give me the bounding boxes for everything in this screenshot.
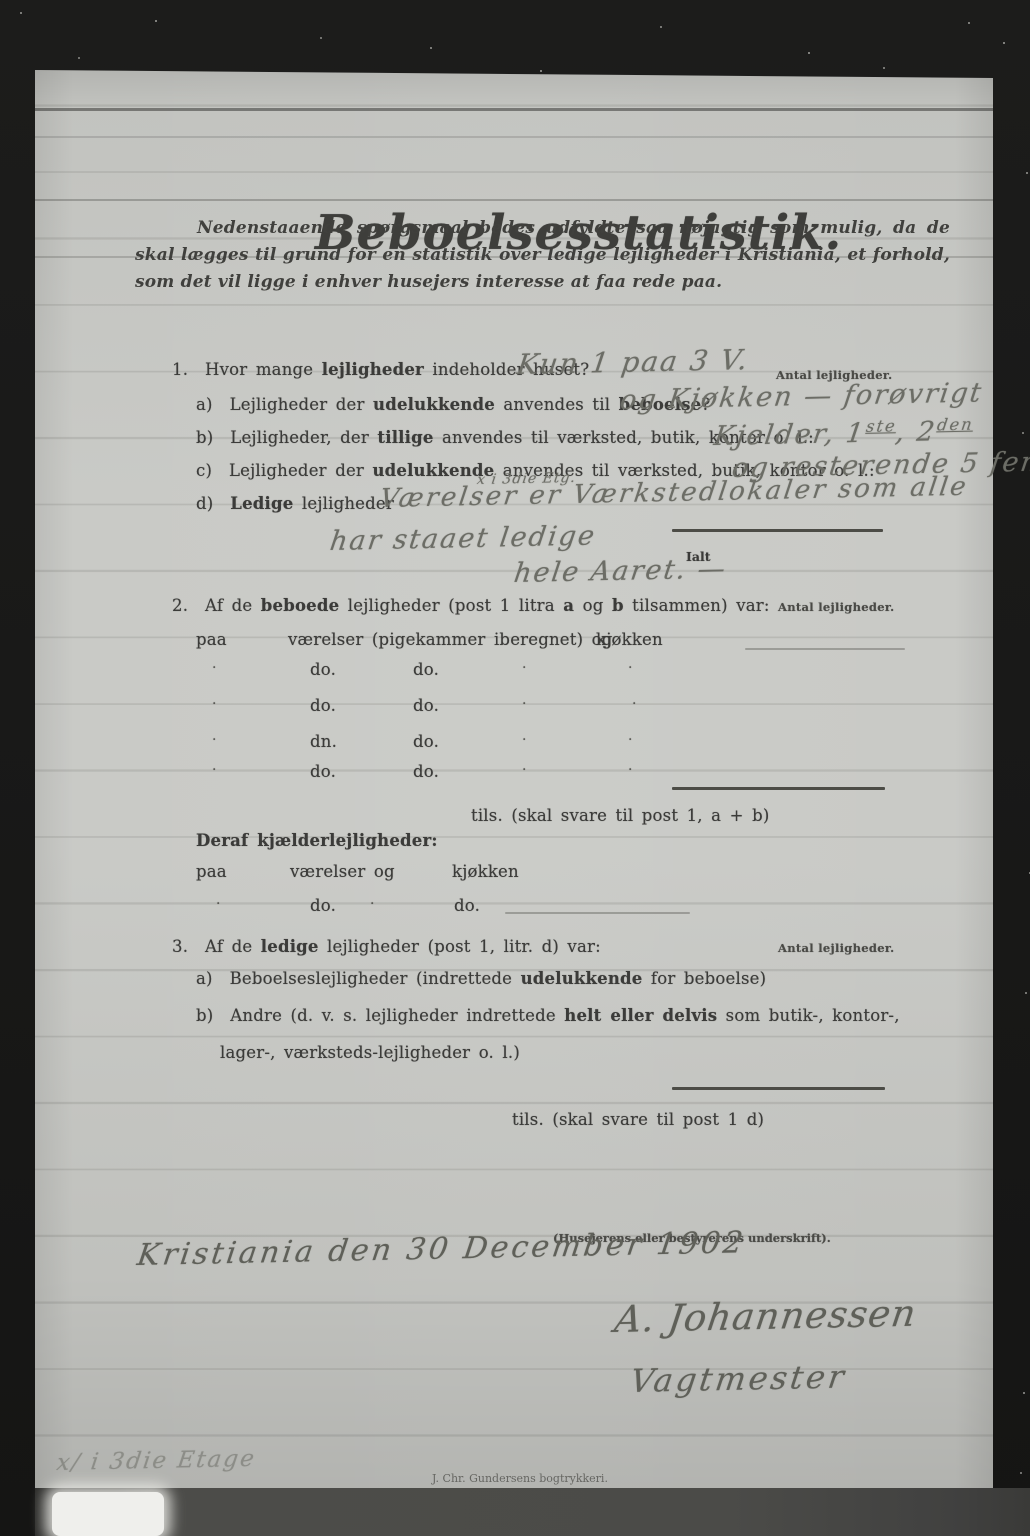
question-1-number: 1.: [172, 360, 188, 379]
question-3: 3. Af de ledige lejligheder (post 1, lit…: [172, 937, 601, 956]
printer-imprint: J. Chr. Gundersens bogtrykkeri.: [432, 1472, 608, 1485]
antal-label-q3: Antal lejligheder.: [778, 941, 895, 955]
question-3a-letter: a): [196, 969, 213, 988]
q2-header-vaerelser: værelser (pigekammer iberegnet) og: [288, 630, 613, 649]
question-1d-letter: d): [196, 494, 213, 513]
deraf-header-kjokken: kjøkken: [452, 862, 519, 881]
antal-label-q2: Antal lejligheder.: [778, 600, 895, 614]
q1-answer-handwriting: Kun 1 paa 3 V.: [515, 343, 751, 381]
q1b-answer-handwriting: Kjelder, 1ste, 2den: [712, 415, 975, 452]
q2-tils-label: tils. (skal svare til post 1, a + b): [471, 806, 770, 825]
q1d-answer3-handwriting: hele Aaret. —: [512, 554, 729, 589]
signature-role-handwriting: Vagtmester: [628, 1357, 849, 1400]
question-3b-line2: lager-, værksteds-lejligheder o. l.): [220, 1043, 520, 1062]
q3-tils-label: tils. (skal svare til post 1 d): [512, 1110, 764, 1129]
intro-line-1: Nedenstaaende spørgsmaal bedes udfyldte …: [135, 215, 950, 242]
signature-handwriting: A. Johannessen: [612, 1292, 919, 1341]
question-1a-letter: a): [196, 395, 213, 414]
question-3b-letter: b): [196, 1006, 213, 1025]
question-1b-letter: b): [196, 428, 213, 447]
intro-line-3: som det vil ligge i enhver husejers inte…: [135, 269, 950, 296]
scan-line: [35, 108, 993, 111]
question-2: 2. Af de beboede lejligheder (post 1 lit…: [172, 596, 770, 615]
scan-line: [35, 136, 993, 138]
question-2-number: 2.: [172, 596, 188, 615]
q2-header-answer-line: [745, 648, 905, 650]
ialt-sum-line: [672, 529, 883, 532]
scanned-document: Beboelsesstatistik. Nedenstaaende spørgs…: [0, 0, 1030, 1536]
q1d-answer2-handwriting: har staaet ledige: [328, 520, 598, 557]
intro-line-2: skal lægges til grund for en statistik o…: [135, 242, 950, 269]
scan-bottom-edge: [35, 1488, 1030, 1536]
scan-line: [35, 199, 993, 201]
question-1d: d) Ledige lejligheder: [196, 494, 394, 513]
question-3b: b) Andre (d. v. s. lejligheder indretted…: [196, 1006, 900, 1025]
question-3a: a) Beboelseslejligheder (indrettede udel…: [196, 969, 766, 988]
question-3-number: 3.: [172, 937, 188, 956]
deraf-answer-line: [505, 912, 690, 914]
deraf-header-vaerelser: værelser og: [290, 862, 395, 881]
deraf-header-paa: paa: [196, 862, 227, 881]
question-1c-letter: c): [196, 461, 212, 480]
margin-note-handwriting: x/ i 3die Etage: [55, 1446, 258, 1476]
q2-sum-line: [672, 787, 885, 790]
scan-bottom-light-patch: [52, 1492, 164, 1536]
form-intro: Nedenstaaende spørgsmaal bedes udfyldte …: [135, 215, 950, 296]
film-speckles: [20, 12, 22, 14]
q2-header-kjokken: kjøkken: [596, 630, 663, 649]
q3-sum-line: [672, 1087, 885, 1090]
q2-deraf-label: Deraf kjælderlejligheder:: [196, 831, 438, 850]
q2-header-paa: paa: [196, 630, 227, 649]
